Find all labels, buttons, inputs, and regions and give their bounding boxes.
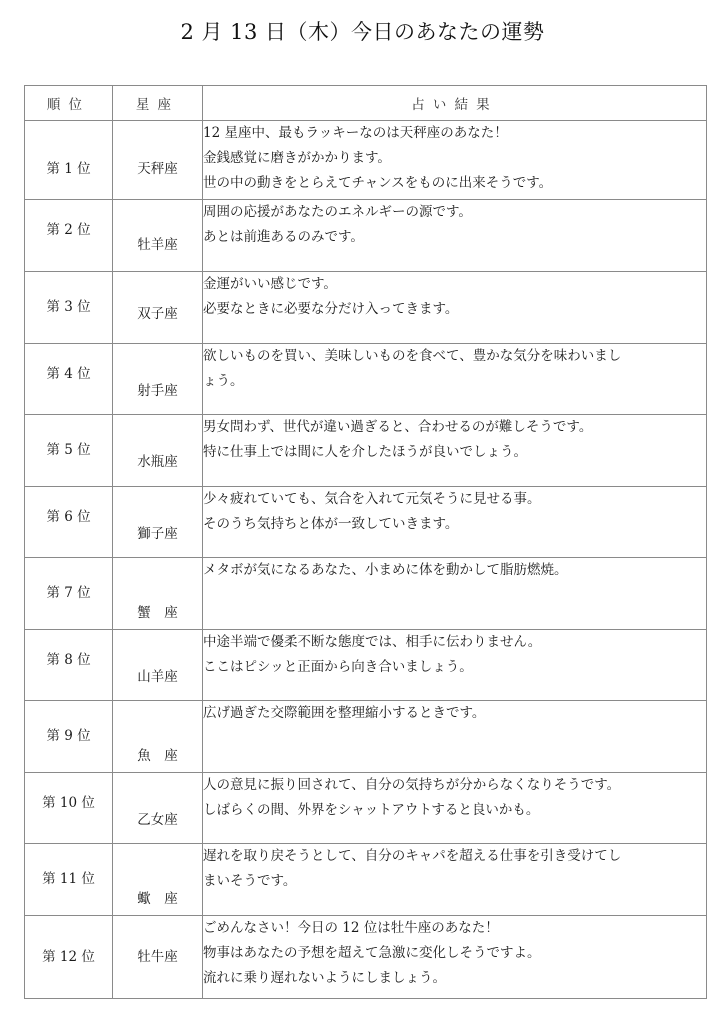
result-line: ょう。 [203,369,706,394]
zodiac-sign: 牡牛座 [137,945,178,965]
zodiac-sign: 牡羊座 [137,233,178,253]
sign-cell: 天秤座 [113,121,203,200]
rank-cell: 第 4 位 [25,344,113,415]
sign-cell: 獅子座 [113,487,203,558]
zodiac-sign: 魚 座 [137,744,178,764]
rank-label: 第 1 位 [46,157,90,177]
result-line: しばらくの間、外界をシャットアウトすると良いかも。 [203,798,706,823]
rank-label: 第 9 位 [46,724,90,744]
zodiac-sign: 蠍 座 [137,887,178,907]
result-cell: 男女問わず、世代が違い過ぎると、合わせるのが難しそうです。特に仕事上では間に人を… [203,415,707,487]
zodiac-sign: 水瓶座 [137,450,178,470]
sign-cell: 蟹 座 [113,558,203,630]
result-line: 12 星座中、最もラッキーなのは天秤座のあなた！ [203,121,706,146]
sign-cell: 双子座 [113,272,203,344]
result-cell: 周囲の応援があなたのエネルギーの源です。あとは前進あるのみです。 [203,200,707,272]
rank-cell: 第 7 位 [25,558,113,630]
rank-label: 第 3 位 [46,295,90,315]
table-row: 第 6 位獅子座少々疲れていても、気合を入れて元気そうに見せる事。そのうち気持ち… [25,487,707,558]
zodiac-sign: 双子座 [137,302,178,322]
result-line: そのうち気持ちと体が一致していきます。 [203,512,706,537]
sign-cell: 牡牛座 [113,916,203,999]
result-line: 必要なときに必要な分だけ入ってきます。 [203,297,706,322]
sign-cell: 乙女座 [113,773,203,844]
rank-label: 第 2 位 [46,218,90,238]
result-cell: ごめんなさい！今日の 12 位は牡牛座のあなた！物事はあなたの予想を超えて急激に… [203,916,707,999]
table-row: 第 3 位双子座金運がいい感じです。必要なときに必要な分だけ入ってきます。 [25,272,707,344]
table-header-row: 順位 星座 占い結果 [25,86,707,121]
zodiac-sign: 射手座 [137,379,178,399]
result-line: メタボが気になるあなた、小まめに体を動かして脂肪燃焼。 [203,558,706,583]
result-line: 世の中の動きをとらえてチャンスをものに出来そうです。 [203,171,706,196]
rank-label: 第 7 位 [46,581,90,601]
result-line: 特に仕事上では間に人を介したほうが良いでしょう。 [203,440,706,465]
result-line: 人の意見に振り回されて、自分の気持ちが分からなくなりそうです。 [203,773,706,798]
rank-cell: 第 6 位 [25,487,113,558]
result-cell: メタボが気になるあなた、小まめに体を動かして脂肪燃焼。 [203,558,707,630]
result-cell: 人の意見に振り回されて、自分の気持ちが分からなくなりそうです。しばらくの間、外界… [203,773,707,844]
zodiac-sign: 乙女座 [137,808,178,828]
rank-cell: 第 12 位 [25,916,113,999]
zodiac-sign: 獅子座 [137,522,178,542]
result-line: あとは前進あるのみです。 [203,225,706,250]
table-row: 第 11 位蠍 座遅れを取り戻そうとして、自分のキャパを超える仕事を引き受けてし… [25,844,707,916]
rank-label: 第 10 位 [42,791,95,811]
result-line: まいそうです。 [203,869,706,894]
result-line: 物事はあなたの予想を超えて急激に変化しそうですよ。 [203,941,706,966]
result-line: ごめんなさい！今日の 12 位は牡牛座のあなた！ [203,916,706,941]
zodiac-sign: 山羊座 [137,665,178,685]
header-sign: 星座 [113,86,203,121]
result-line: ここはピシッと正面から向き合いましょう。 [203,655,706,680]
result-line: 男女問わず、世代が違い過ぎると、合わせるのが難しそうです。 [203,415,706,440]
table-row: 第 1 位天秤座12 星座中、最もラッキーなのは天秤座のあなた！金銭感覚に磨きが… [25,121,707,200]
table-row: 第 12 位牡牛座ごめんなさい！今日の 12 位は牡牛座のあなた！物事はあなたの… [25,916,707,999]
result-cell: 広げ過ぎた交際範囲を整理縮小するときです。 [203,701,707,773]
result-cell: 金運がいい感じです。必要なときに必要な分だけ入ってきます。 [203,272,707,344]
result-cell: 遅れを取り戻そうとして、自分のキャパを超える仕事を引き受けてしまいそうです。 [203,844,707,916]
rank-cell: 第 5 位 [25,415,113,487]
rank-cell: 第 10 位 [25,773,113,844]
result-line: 周囲の応援があなたのエネルギーの源です。 [203,200,706,225]
sign-cell: 牡羊座 [113,200,203,272]
header-result: 占い結果 [203,86,707,121]
sign-cell: 射手座 [113,344,203,415]
table-row: 第 7 位蟹 座メタボが気になるあなた、小まめに体を動かして脂肪燃焼。 [25,558,707,630]
rank-cell: 第 8 位 [25,630,113,701]
rank-label: 第 5 位 [46,438,90,458]
table-row: 第 8 位山羊座中途半端で優柔不断な態度では、相手に伝わりません。ここはピシッと… [25,630,707,701]
rank-label: 第 6 位 [46,505,90,525]
rank-label: 第 4 位 [46,362,90,382]
rank-label: 第 12 位 [42,945,95,965]
result-cell: 少々疲れていても、気合を入れて元気そうに見せる事。そのうち気持ちと体が一致してい… [203,487,707,558]
rank-cell: 第 9 位 [25,701,113,773]
zodiac-sign: 天秤座 [137,157,178,177]
table-row: 第 9 位魚 座広げ過ぎた交際範囲を整理縮小するときです。 [25,701,707,773]
result-cell: 欲しいものを買い、美味しいものを食べて、豊かな気分を味わいましょう。 [203,344,707,415]
sign-cell: 水瓶座 [113,415,203,487]
table-row: 第 4 位射手座欲しいものを買い、美味しいものを食べて、豊かな気分を味わいましょ… [25,344,707,415]
header-rank: 順位 [25,86,113,121]
rank-label: 第 11 位 [42,867,95,887]
result-line: 金運がいい感じです。 [203,272,706,297]
page-title: 2 月 13 日（木）今日のあなたの運勢 [0,16,725,46]
table-row: 第 10 位乙女座人の意見に振り回されて、自分の気持ちが分からなくなりそうです。… [25,773,707,844]
fortune-table: 順位 星座 占い結果 第 1 位天秤座12 星座中、最もラッキーなのは天秤座のあ… [24,85,707,999]
rank-cell: 第 11 位 [25,844,113,916]
result-cell: 中途半端で優柔不断な態度では、相手に伝わりません。ここはピシッと正面から向き合い… [203,630,707,701]
result-line: 遅れを取り戻そうとして、自分のキャパを超える仕事を引き受けてし [203,844,706,869]
result-line: 金銭感覚に磨きがかかります。 [203,146,706,171]
zodiac-sign: 蟹 座 [137,601,178,621]
result-line: 少々疲れていても、気合を入れて元気そうに見せる事。 [203,487,706,512]
rank-cell: 第 3 位 [25,272,113,344]
sign-cell: 蠍 座 [113,844,203,916]
sign-cell: 山羊座 [113,630,203,701]
result-line: 流れに乗り遅れないようにしましょう。 [203,966,706,991]
table-row: 第 2 位牡羊座周囲の応援があなたのエネルギーの源です。あとは前進あるのみです。 [25,200,707,272]
result-line: 中途半端で優柔不断な態度では、相手に伝わりません。 [203,630,706,655]
rank-label: 第 8 位 [46,648,90,668]
result-cell: 12 星座中、最もラッキーなのは天秤座のあなた！金銭感覚に磨きがかかります。世の… [203,121,707,200]
result-line: 欲しいものを買い、美味しいものを食べて、豊かな気分を味わいまし [203,344,706,369]
result-line: 広げ過ぎた交際範囲を整理縮小するときです。 [203,701,706,726]
rank-cell: 第 2 位 [25,200,113,272]
table-row: 第 5 位水瓶座男女問わず、世代が違い過ぎると、合わせるのが難しそうです。特に仕… [25,415,707,487]
sign-cell: 魚 座 [113,701,203,773]
rank-cell: 第 1 位 [25,121,113,200]
